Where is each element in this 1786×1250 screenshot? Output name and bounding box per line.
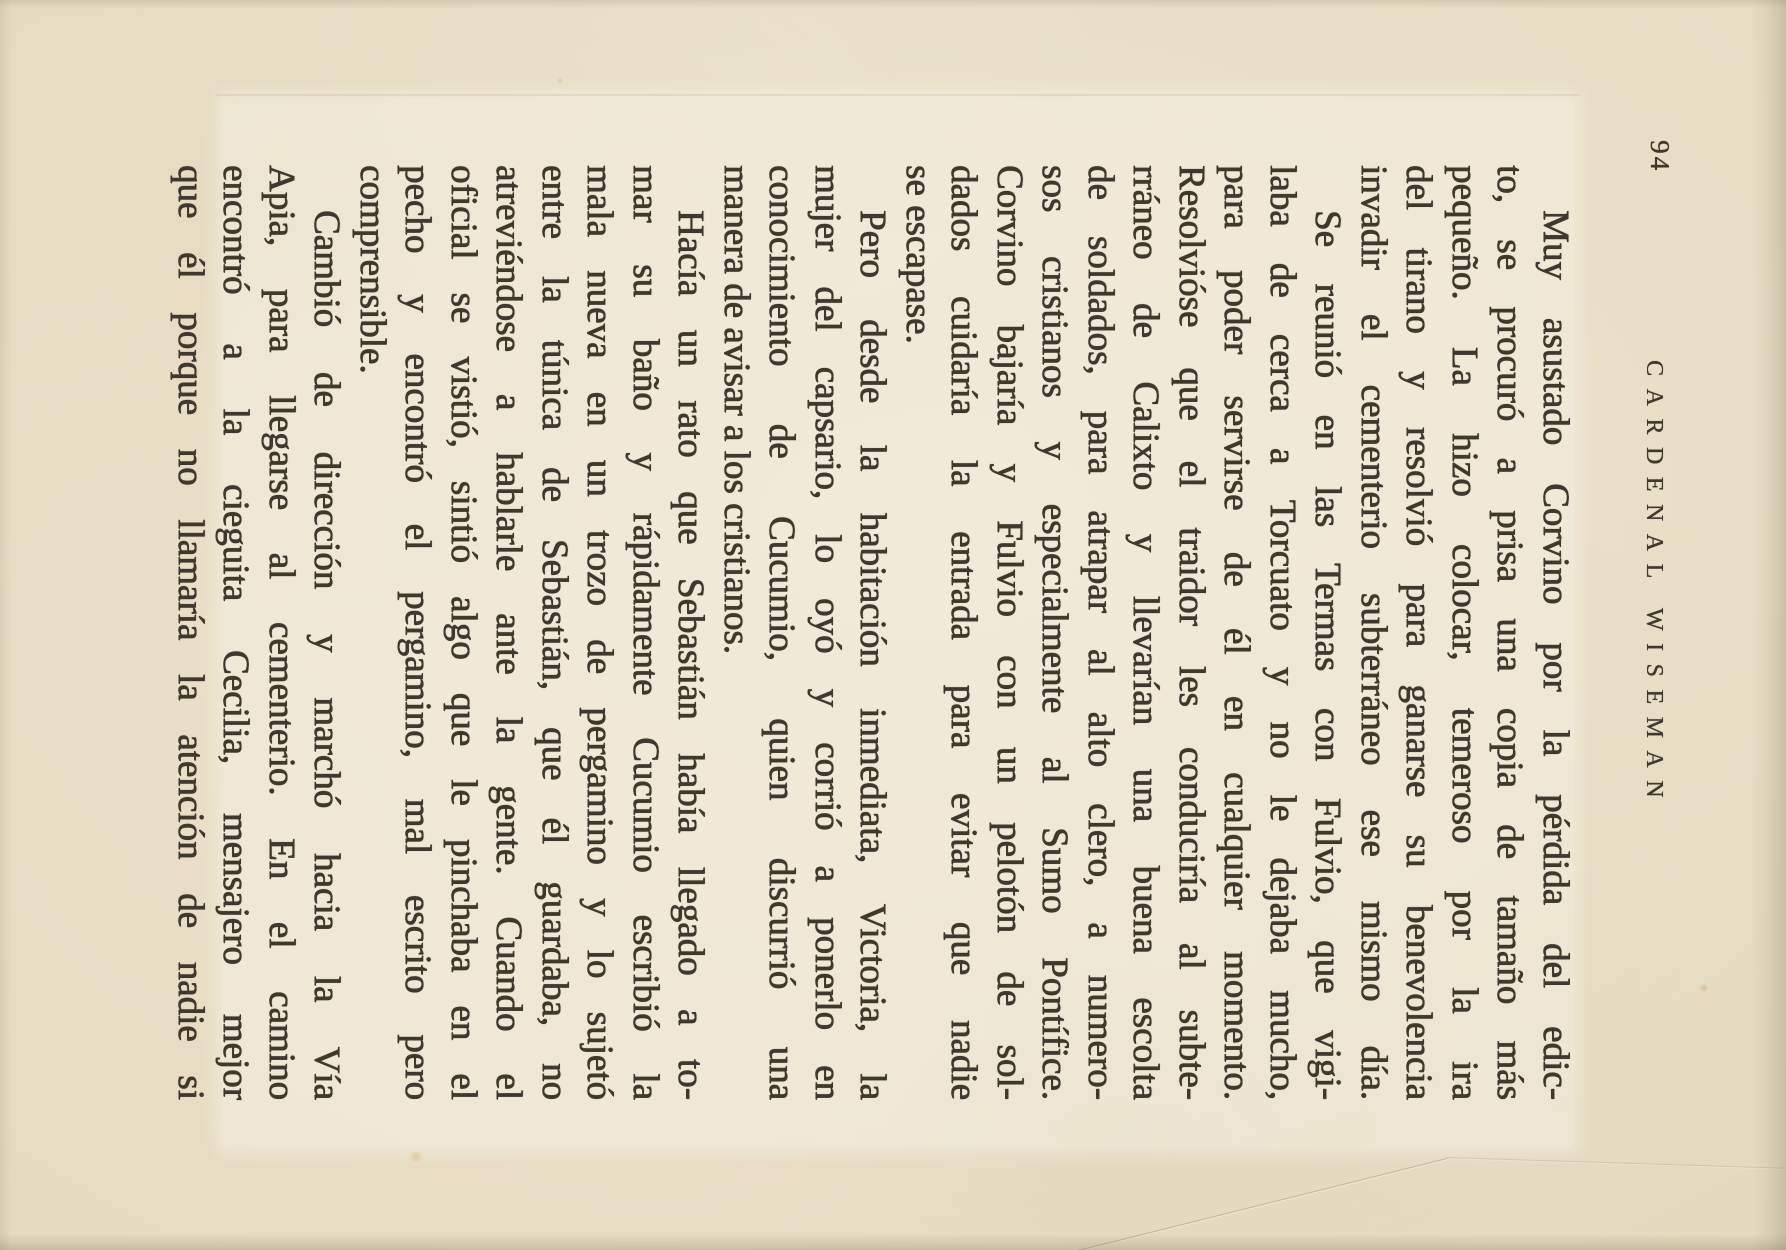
scan-edge-shadow: [1752, 0, 1786, 1250]
text-line: mujer del capsario, lo oyó y corrió a po…: [805, 165, 851, 1100]
text-line: atreviéndose a hablarle ante la gente. C…: [486, 165, 532, 1100]
text-line: comprensible.: [350, 165, 396, 1100]
text-line: pequeño. La hizo colocar, temeroso por l…: [1442, 165, 1488, 1100]
text-line: rráneo de Calixto y llevarían una buena …: [1123, 165, 1169, 1100]
text-line: del tirano y resolvió para ganarse su be…: [1396, 165, 1442, 1100]
scan-edge-shadow: [0, 0, 1786, 9]
text-line: de soldados, para atrapar al alto clero,…: [1078, 165, 1124, 1100]
body-text: Muy asustado Corvino por la pérdida del …: [168, 165, 1579, 1100]
text-line: invadir el cementerio subterráneo ese mi…: [1351, 165, 1397, 1100]
text-line: Muy asustado Corvino por la pérdida del …: [1533, 165, 1579, 1100]
text-line: Hacía un rato que Sebastián había llegad…: [668, 165, 714, 1100]
text-line: Se reunió en las Termas con Fulvio, que …: [1305, 165, 1351, 1100]
text-line: que él porque no llamaría la atención de…: [168, 165, 214, 1100]
rotated-page-content: 94 CARDENAL WISEMAN Muy asustado Corvino…: [0, 0, 1786, 1250]
book-page-scan: 94 CARDENAL WISEMAN Muy asustado Corvino…: [0, 0, 1786, 1250]
text-line: manera de avisar a los cristianos.: [714, 165, 760, 1100]
text-line: se escapase.: [896, 165, 942, 1100]
paper-stain: [408, 1151, 424, 1162]
text-line: Cambió de dirección y marchó hacia la Ví…: [304, 165, 350, 1100]
scan-edge-shadow: [0, 0, 12, 1250]
text-line: Corvino bajaría y Fulvio con un pelotón …: [987, 165, 1033, 1100]
text-line: mar su baño y rápidamente Cucumio escrib…: [623, 165, 669, 1100]
running-header: CARDENAL WISEMAN: [1642, 360, 1666, 810]
text-line: dados cuidaría la entrada para evitar qu…: [941, 165, 987, 1100]
text-line: to, se procuró a prisa una copia de tama…: [1487, 165, 1533, 1100]
scan-edge-shadow: [0, 1234, 1786, 1250]
text-line: Pero desde la habitación inmediata, Vict…: [850, 165, 896, 1100]
text-line: encontró a la cieguita Cecilia, mensajer…: [213, 165, 259, 1100]
text-line: oficial se vistió, sintió algo que le pi…: [441, 165, 487, 1100]
text-line: conocimiento de Cucumio, quien discurrió…: [759, 165, 805, 1100]
text-line: para poder servirse de él en cualquier m…: [1214, 165, 1260, 1100]
text-line: Resolvióse que el traidor les conduciría…: [1169, 165, 1215, 1100]
text-line: Apia, para llegarse al cementerio. En el…: [259, 165, 305, 1100]
text-line: pecho y encontró el pergamino, mal escri…: [395, 165, 441, 1100]
text-line: entre la túnica de Sebastián, que él gua…: [532, 165, 578, 1100]
paper-stain: [1699, 983, 1709, 993]
paper-stain: [556, 78, 564, 84]
text-line: laba de cerca a Torcuato y no le dejaba …: [1260, 165, 1306, 1100]
page-number: 94: [1646, 140, 1673, 173]
text-line: sos cristianos y especialmente al Sumo P…: [1032, 165, 1078, 1100]
text-line: mala nueva en un trozo de pergamino y lo…: [577, 165, 623, 1100]
